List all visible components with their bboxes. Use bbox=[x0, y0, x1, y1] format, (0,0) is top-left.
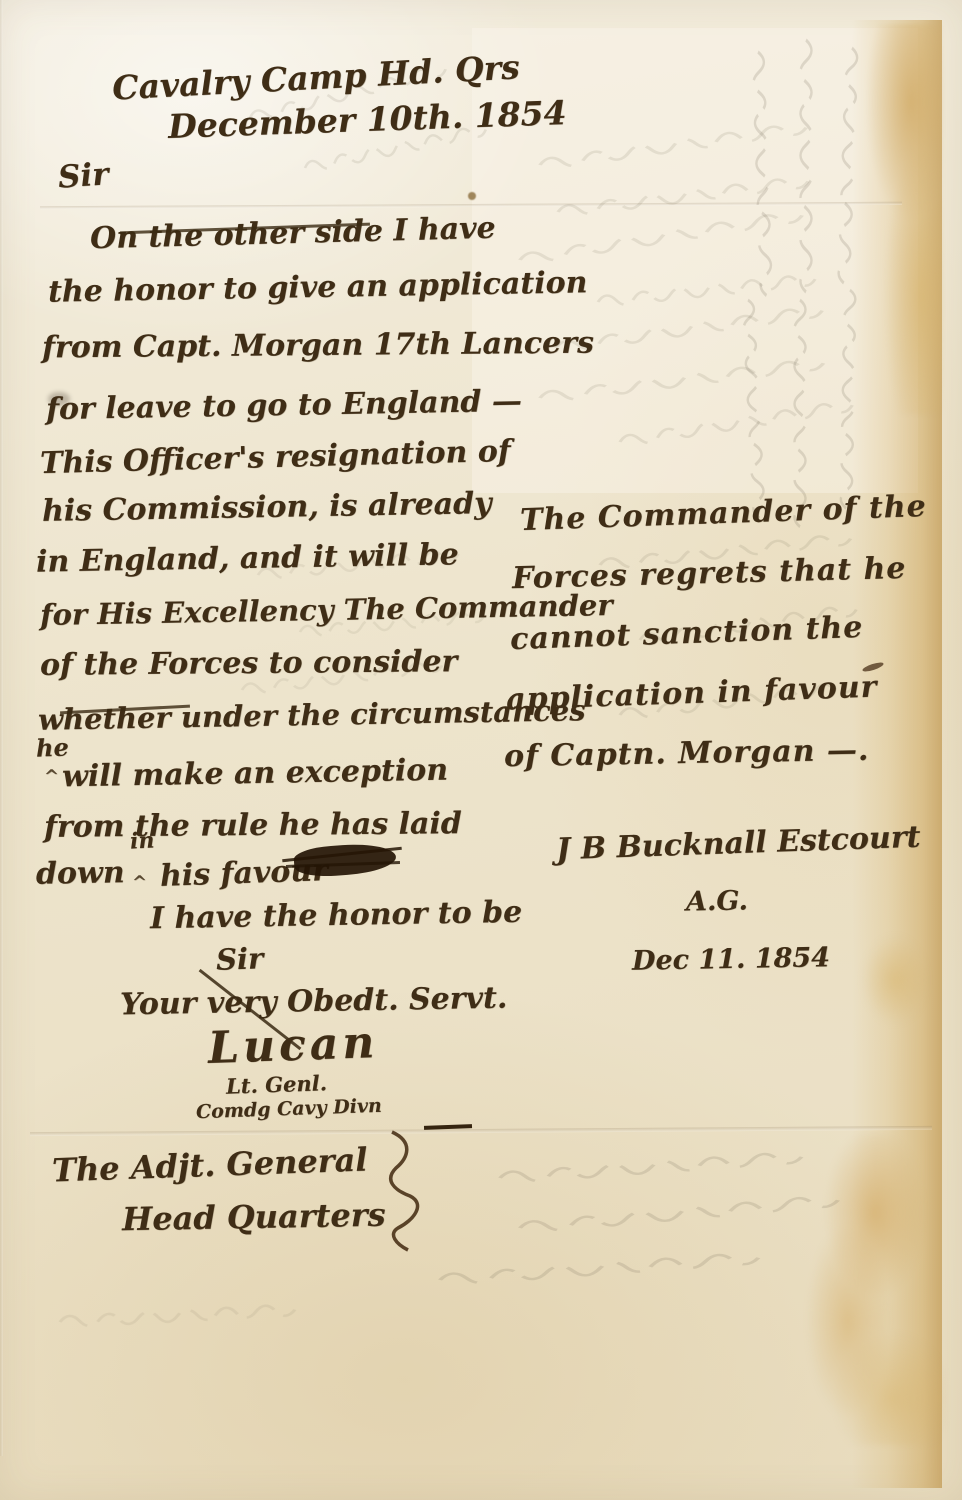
salutation: Sir bbox=[57, 156, 110, 195]
bracket-squiggle bbox=[384, 1128, 430, 1258]
caret-mark: ^ bbox=[44, 766, 59, 787]
signature-rank: Lt. Genl. bbox=[226, 1070, 328, 1099]
closing-line: Your very Obedt. Servt. bbox=[120, 981, 508, 1023]
body-line-down: down bbox=[36, 855, 125, 892]
inserted-word: he bbox=[36, 732, 70, 762]
inserted-word: in bbox=[129, 827, 155, 854]
addressee-line: Head Quarters bbox=[122, 1196, 386, 1239]
signature-lucan: Lucan bbox=[207, 1017, 379, 1074]
body-line: in England, and it will be bbox=[36, 537, 459, 579]
annotation-office: A.G. bbox=[686, 885, 748, 917]
caret-mark: ^ bbox=[132, 872, 147, 893]
body-line: of the Forces to consider bbox=[40, 644, 458, 683]
body-line: from the rule he has laid bbox=[44, 806, 462, 845]
body-line: will make an exception bbox=[62, 753, 449, 795]
annotation-date: Dec 11. 1854 bbox=[632, 942, 830, 976]
body-line: from Capt. Morgan 17th Lancers bbox=[42, 326, 594, 366]
closing-line: I have the honor to be bbox=[150, 895, 523, 936]
annotation-line: of Captn. Morgan —. bbox=[504, 733, 870, 774]
paper-sheet: Cavalry Camp Hd. Qrs December 10th. 1854… bbox=[0, 0, 962, 1500]
closing-line: Sir bbox=[215, 941, 263, 977]
photograph-of-letter: Cavalry Camp Hd. Qrs December 10th. 1854… bbox=[0, 0, 962, 1500]
